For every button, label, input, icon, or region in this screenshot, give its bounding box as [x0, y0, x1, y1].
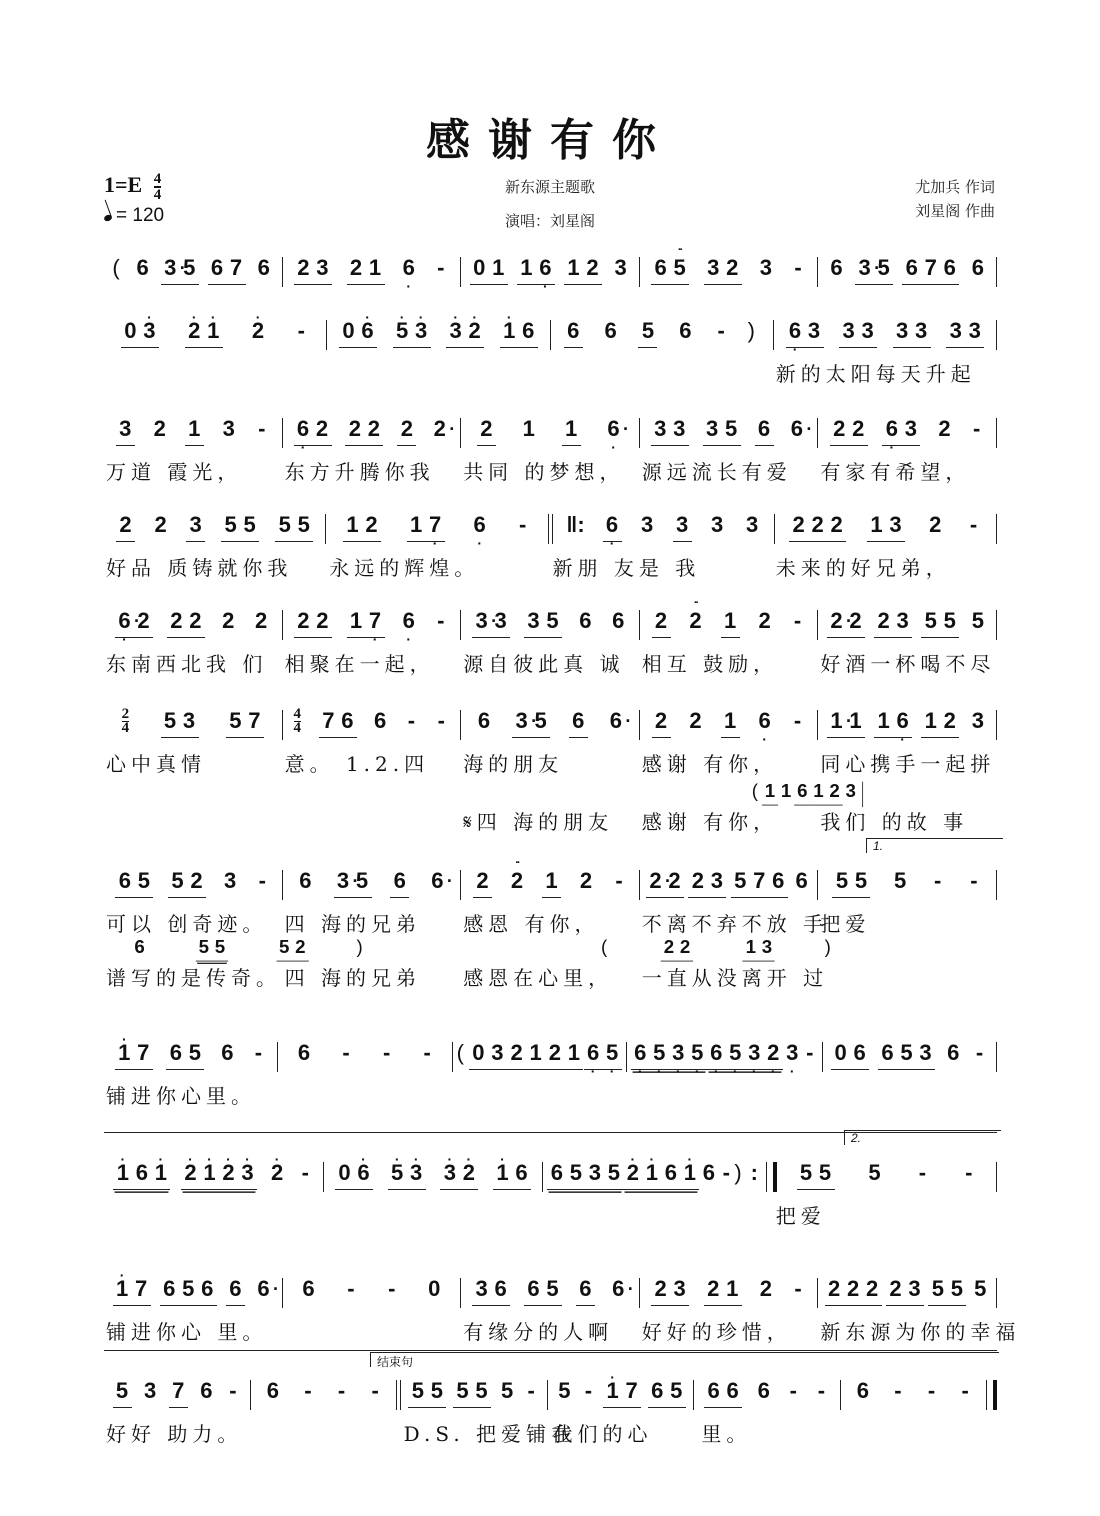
note: 1· [493, 1160, 512, 1186]
lyric-text: 意。 1.2.四 [285, 748, 430, 777]
note: 5 [638, 318, 657, 344]
note: 5 [731, 868, 750, 894]
beam-group: 2·1·61· [623, 1160, 699, 1190]
beam-group: 65 [524, 1276, 562, 1306]
note: 2 [677, 936, 693, 958]
beam-group: 23 [688, 868, 726, 898]
note: 5 [113, 1378, 132, 1404]
measure: 6·22222· [283, 416, 461, 446]
note: 6· [470, 512, 489, 538]
note: 2 [874, 608, 893, 634]
note: 1· [500, 318, 519, 344]
dash: - [914, 1160, 930, 1186]
lyrics-line: 心中真情意。 1.2.四海的朋友感谢 有你，同心携手一起拼 [104, 748, 997, 778]
note: 5 [797, 1160, 816, 1186]
lyric-text: 源远流长有爱 [642, 456, 792, 485]
dash: - [384, 1276, 400, 1302]
beam-group: 2·1· [185, 318, 223, 348]
note: 5 [196, 936, 212, 958]
note: 1· [113, 1160, 132, 1186]
measure: 066536- [823, 1040, 996, 1070]
note: 6 [853, 1378, 872, 1404]
note: 1 [407, 512, 426, 538]
note: 1 [743, 936, 759, 958]
note: 2 [187, 868, 206, 894]
lyric-text: 四 海的兄弟 [285, 908, 421, 937]
barline [766, 1162, 777, 1192]
beam-group: 76 [319, 708, 357, 738]
note: 2 [755, 608, 774, 634]
note: 6 [794, 780, 810, 802]
measure: 6656-) [551, 318, 773, 348]
beam-group: 3·2· [446, 318, 484, 348]
beam-group: 1 [721, 608, 740, 638]
note: 5 [940, 608, 959, 634]
note: 3 [180, 708, 199, 734]
dash: - [713, 318, 729, 344]
note: 3 [488, 1040, 507, 1066]
note: 1 [762, 780, 778, 802]
repeat-start: ‖: [565, 512, 587, 538]
note: 2 [167, 608, 186, 634]
beam-group: 55 [928, 1276, 966, 1306]
note: 6· [603, 512, 622, 538]
beam-group: 2·2 [646, 868, 684, 898]
lyric-text: 万道 霞光， [106, 456, 242, 485]
note: 1 [874, 708, 893, 734]
beam-group: 22 [345, 416, 383, 446]
beam-group: 2 [652, 608, 671, 638]
note: 6· [399, 608, 418, 634]
beam-group: 22 [294, 608, 332, 638]
measure: 1·765666· [104, 1276, 282, 1306]
note: 2· [268, 1160, 287, 1186]
beam-group: 6 [755, 416, 774, 446]
note: 6 [755, 416, 774, 442]
beam-group: 03 [469, 1040, 507, 1070]
note: 2 [789, 512, 808, 538]
note: 3 [491, 608, 510, 634]
note: 1 [810, 780, 826, 802]
note: 3· [472, 608, 491, 634]
lyric-text: 感谢 有你， [642, 806, 778, 835]
beam-group: 6 [576, 1276, 595, 1306]
note: 7· [366, 608, 385, 634]
lyric-text: 铺进你心里。 [106, 1080, 256, 1109]
beam-group: 23 [886, 1276, 924, 1306]
beam-group: 2 [473, 868, 492, 898]
note: 2 [313, 416, 332, 442]
note: 6 [723, 1378, 742, 1404]
note: 3 [759, 936, 775, 958]
time-signature-change: 24 [122, 708, 130, 735]
dash: - [972, 1040, 988, 1066]
note: 2 [830, 416, 849, 442]
note: 2· [623, 1160, 642, 1186]
beam-group: 65 [166, 1040, 204, 1070]
song-title: 感谢有你 [0, 104, 1100, 168]
note: 2 [473, 868, 492, 894]
staff-row: 6··222222217·6·-3·3356622··12-2·223555东南… [104, 608, 997, 674]
note: 0 [831, 1040, 850, 1066]
dash: - [523, 1378, 539, 1404]
note: 5 [897, 1040, 916, 1066]
beam-group: 12 [564, 255, 602, 285]
measure: ‖:6·3333 [553, 512, 774, 542]
beam-group: 36 [472, 1276, 510, 1306]
note: 3 [219, 416, 238, 442]
dash: - [790, 708, 806, 734]
note: 3 [968, 708, 987, 734]
note: 3 [893, 318, 912, 344]
measure: 366566· [461, 1276, 639, 1306]
dash: - [433, 608, 449, 634]
note: 5 [408, 1378, 427, 1404]
beam-group: 03· [121, 318, 159, 348]
close-paren: ) [748, 318, 760, 344]
beam-group: 21 [545, 1040, 583, 1070]
beam-group: 22 [830, 416, 868, 446]
note: 7 [622, 1378, 641, 1404]
note: 5 [865, 1160, 884, 1186]
beam-group: 06· [339, 318, 377, 348]
beam-group: 35 [524, 608, 562, 638]
note: 3· [446, 318, 465, 344]
note: 1 [562, 416, 581, 442]
beam-group: 6·5·3·2· [707, 1040, 783, 1070]
note: 2 [313, 608, 332, 634]
note: 6 [902, 255, 921, 281]
note: 3 [805, 318, 824, 344]
beam-group: 22 [167, 608, 205, 638]
beam-group: 2 [116, 512, 135, 542]
bracket-rule [104, 1132, 997, 1133]
measure: 22··12- [461, 868, 639, 898]
beam-group: 676 [902, 255, 959, 285]
notation-line: 24535744766--63·566·2216·-1·116·123 [104, 708, 997, 744]
beam-group: 6·2 [294, 416, 332, 446]
note: 1· [200, 1160, 219, 1186]
measure: 2217·6·- [283, 608, 461, 638]
note: 6 [338, 708, 357, 734]
note: 6·· [115, 608, 134, 634]
staff-row: 5376-6---55555-5-1·765666--6---结束句好好 助力。… [104, 1378, 997, 1444]
barline [996, 710, 997, 740]
note: 3· [334, 868, 353, 894]
note: 1 [921, 708, 940, 734]
note: 6 [132, 1160, 151, 1186]
measure: 0116·123 [461, 255, 639, 285]
note: 2 [688, 868, 707, 894]
note: 1· [603, 1378, 622, 1404]
open-paren: ( [601, 936, 611, 958]
measure: 06·5·3·3·2·1·6 [324, 1160, 543, 1190]
lyric-text: 心中真情 [106, 748, 206, 777]
dash: - [813, 1378, 829, 1404]
lyric-text: 好好 助力。 [106, 1418, 242, 1447]
note: 6 [661, 1160, 680, 1186]
beam-group: 55 [408, 1378, 446, 1408]
dash: - [293, 318, 309, 344]
beam-group: 32 [704, 255, 742, 285]
note: 3 [313, 255, 332, 281]
note: 3 [965, 318, 984, 344]
measure: 5376- [104, 1378, 250, 1408]
note: 2 [134, 608, 153, 634]
note: 3 [673, 512, 692, 538]
beam-group: 1 [185, 416, 204, 446]
note: 2 [846, 608, 865, 634]
measure: 3213- [104, 416, 282, 446]
note: 5· [393, 318, 412, 344]
time-signature-change: 44 [294, 708, 302, 735]
note: 7· [426, 512, 445, 538]
note: 7 [245, 708, 264, 734]
lyric-text: 相聚在一起， [285, 648, 435, 677]
note: 2 [935, 416, 954, 442]
note: 5· [603, 1040, 622, 1066]
dash: - [790, 255, 806, 281]
beam-group: 65 [648, 1378, 686, 1408]
lyric-text: 有缘分的人啊 [463, 1316, 613, 1345]
note: 2 [723, 255, 742, 281]
note: 2 [926, 512, 945, 538]
lyric-text: 好好的珍惜， [642, 1316, 792, 1345]
note: 5· [726, 1040, 745, 1066]
measure: 3·33566 [461, 608, 639, 638]
note: 2 [477, 416, 496, 442]
note: 6· [606, 708, 625, 734]
beam-group: 57 [226, 708, 264, 738]
note: 6 [699, 1160, 718, 1186]
measure: 65352·1·61·6-): [543, 1160, 766, 1190]
dash: - [297, 1160, 313, 1186]
notation-line: (63·567623216·-0116·12365··323-63·56766 [104, 255, 997, 291]
measure: 2235555 [104, 512, 325, 542]
note: 2 [652, 608, 671, 634]
lyric-text: 可以 创奇迹。 [106, 908, 267, 937]
note: 5 [427, 1378, 446, 1404]
note: 6 [131, 936, 147, 958]
note: 2· [764, 1040, 783, 1066]
note: 6· [294, 416, 313, 442]
lyric-text: 好品 质铸就你我 [106, 552, 292, 581]
note: 7 [132, 1276, 151, 1302]
notation-line: 22355551217·6·-‖:6·3333222132- [104, 512, 997, 548]
note: 6· [254, 1276, 273, 1302]
note: 2 [116, 512, 135, 538]
beam-group: 6 [226, 1276, 245, 1306]
note: 1 [564, 1040, 583, 1066]
beam-group: 2 [397, 416, 416, 446]
measure: 22··12- [640, 608, 818, 638]
note: 6 [704, 1378, 723, 1404]
note: 6 [166, 1040, 185, 1066]
beam-group: 52 [276, 936, 308, 962]
note: 3 [670, 1276, 689, 1302]
lyric-text: 我们 的故 事 [820, 806, 968, 835]
note: 3· [669, 1040, 688, 1066]
open-paren: ( [457, 1040, 469, 1066]
beam-group: 5·3· [393, 318, 431, 348]
beam-group: 1·6 [493, 1160, 531, 1190]
beam-group: 6·5·3·5· [631, 1040, 707, 1070]
note: 6 [576, 608, 595, 634]
note: 5 [275, 512, 294, 538]
note: 6 [648, 1378, 667, 1404]
note: 2 [347, 255, 366, 281]
dash: - [403, 708, 419, 734]
note: 6 [569, 708, 588, 734]
note: 5 [472, 1378, 491, 1404]
note: 2 [186, 608, 205, 634]
note: 6· [354, 1160, 373, 1186]
beam-group: 55 [921, 608, 959, 638]
note: 1 [542, 868, 561, 894]
note: 1 [721, 608, 740, 634]
beam-group: 33 [946, 318, 984, 348]
notation-line: 1·765666·6--0366566·23212-22223555 [104, 1276, 997, 1312]
measure: 6--- [251, 1378, 397, 1404]
measure: 6--- [841, 1378, 987, 1404]
beam-group: 55 [832, 868, 870, 898]
note: 5 [276, 936, 292, 958]
lyric-text: 共同 的梦想， [463, 456, 624, 485]
note: 3 [901, 416, 920, 442]
staff-row: 3213-6·22222·2116··333566·226·32-万道 霞光，东… [104, 416, 997, 482]
note: 2 [849, 416, 868, 442]
note: 6 [198, 1276, 217, 1302]
note: 6 [754, 1378, 773, 1404]
note: 3· [412, 318, 431, 344]
dash: - [790, 608, 806, 634]
note: 2 [345, 416, 364, 442]
note: 0 [469, 1040, 488, 1066]
note: 5 [453, 1378, 472, 1404]
note: 5 [168, 868, 187, 894]
beam-group: 656 [160, 1276, 217, 1306]
beam-group: 1·7 [113, 1276, 151, 1306]
dash: - [250, 1040, 266, 1066]
note: 3 [843, 780, 859, 802]
beam-group: 6 [390, 868, 409, 898]
lyric-text: 感恩 有你， [463, 908, 599, 937]
note: 2 [652, 708, 671, 734]
lyrics-line-2: 𝄋四 海的朋友感谢 有你，我们 的故 事 [104, 806, 997, 836]
note: 2·· [686, 608, 705, 634]
note: 1· [642, 1160, 661, 1186]
bracket-rule [104, 1350, 997, 1351]
beam-group: 33 [651, 416, 689, 446]
note: 7 [134, 1040, 153, 1066]
measure: (0321216·5· [453, 1040, 626, 1070]
staff-row: 03·2·1·2·-06·5·3·3·2·1·66656-)6·3333333新… [104, 318, 997, 384]
note: 5 [921, 608, 940, 634]
note: 3 [638, 512, 657, 538]
dash: - [790, 1276, 806, 1302]
beam-group: 576 [731, 868, 788, 898]
lyric-text: 铺进你心 里。 [106, 1316, 267, 1345]
beam-group: 22 [661, 936, 693, 962]
beam-group: 12 [343, 512, 381, 542]
note: 5 [971, 1276, 990, 1302]
lyric-text: 感谢 有你， [642, 748, 778, 777]
note: 3· [855, 255, 874, 281]
notation-line: 65523-63·566·22··12-2·2235766555-- [104, 868, 997, 904]
lyric-text: 新的太阳每天升起 [776, 358, 976, 387]
beam-group: 65·· [651, 255, 689, 285]
note: 3· [407, 1160, 426, 1186]
note: 3· [440, 1160, 459, 1186]
lyric-text: 不离不弃不放 手 [642, 908, 828, 937]
note: 3 [651, 416, 670, 442]
note: 3 [704, 255, 723, 281]
note: 3· [745, 1040, 764, 1066]
staff-row: 24535744766--63·566·2216·-1·116·123心中真情意… [104, 708, 997, 836]
beam-group: 55 [221, 512, 259, 542]
dash: - [580, 1378, 596, 1404]
beam-group: 3 [116, 416, 135, 446]
beam-group: 35 [703, 416, 741, 446]
note: 5 [667, 1378, 686, 1404]
lyric-text: 东南西北我 们 [106, 648, 267, 677]
notation-line: 5376-6---55555-5-1·765666--6--- [104, 1378, 997, 1414]
measure: 55555- [401, 1378, 547, 1408]
note: 6 [601, 318, 620, 344]
measure: 2·223555 [818, 608, 996, 638]
note: 3· [512, 708, 531, 734]
note: 6 [491, 1276, 510, 1302]
measure: 1·61·2·1·2·3·2·- [104, 1160, 323, 1190]
beam-group: 1·1 [827, 708, 865, 738]
note: 6 [651, 255, 670, 281]
beam-group: 3 [673, 512, 692, 542]
note: 2 [150, 416, 169, 442]
beam-group: 55 [797, 1160, 835, 1190]
note: 6· [631, 1040, 650, 1066]
beam-group: 1·6 [500, 318, 538, 348]
dash: - [718, 1160, 734, 1186]
beam-group: 1·7 [603, 1378, 641, 1408]
note: 2· [459, 1160, 478, 1186]
beam-group: 33 [839, 318, 877, 348]
note: 6 [371, 708, 390, 734]
note: 1 [366, 255, 385, 281]
beam-group: 6 [569, 708, 588, 738]
measure: 1217·6·- [326, 512, 547, 542]
staff-row: 1·7656-6---(0321216·5·6·5·3·5·6·5·3·2·3·… [104, 1040, 997, 1106]
note: 2 [704, 1276, 723, 1302]
note: 6· [399, 255, 418, 281]
measure: 23212- [640, 1276, 818, 1306]
note: 5 [185, 1040, 204, 1066]
beam-group: 6··2 [115, 608, 153, 638]
close-paren: ) [734, 1160, 746, 1186]
note: 2 [294, 608, 313, 634]
note: 3 [703, 416, 722, 442]
note: 2 [651, 1276, 670, 1302]
note: 1 [343, 512, 362, 538]
beam-group: 5 [113, 1378, 132, 1408]
beam-group: 3·2· [440, 1160, 478, 1190]
beam-group: 3·5 [161, 255, 199, 285]
note: 2 [661, 936, 677, 958]
note: 6· [609, 1276, 628, 1302]
note: 2 [886, 1276, 905, 1302]
lyric-text: 新朋 友是 我 [553, 552, 701, 581]
note: 5 [543, 608, 562, 634]
measure: 6·3333333 [774, 318, 996, 348]
